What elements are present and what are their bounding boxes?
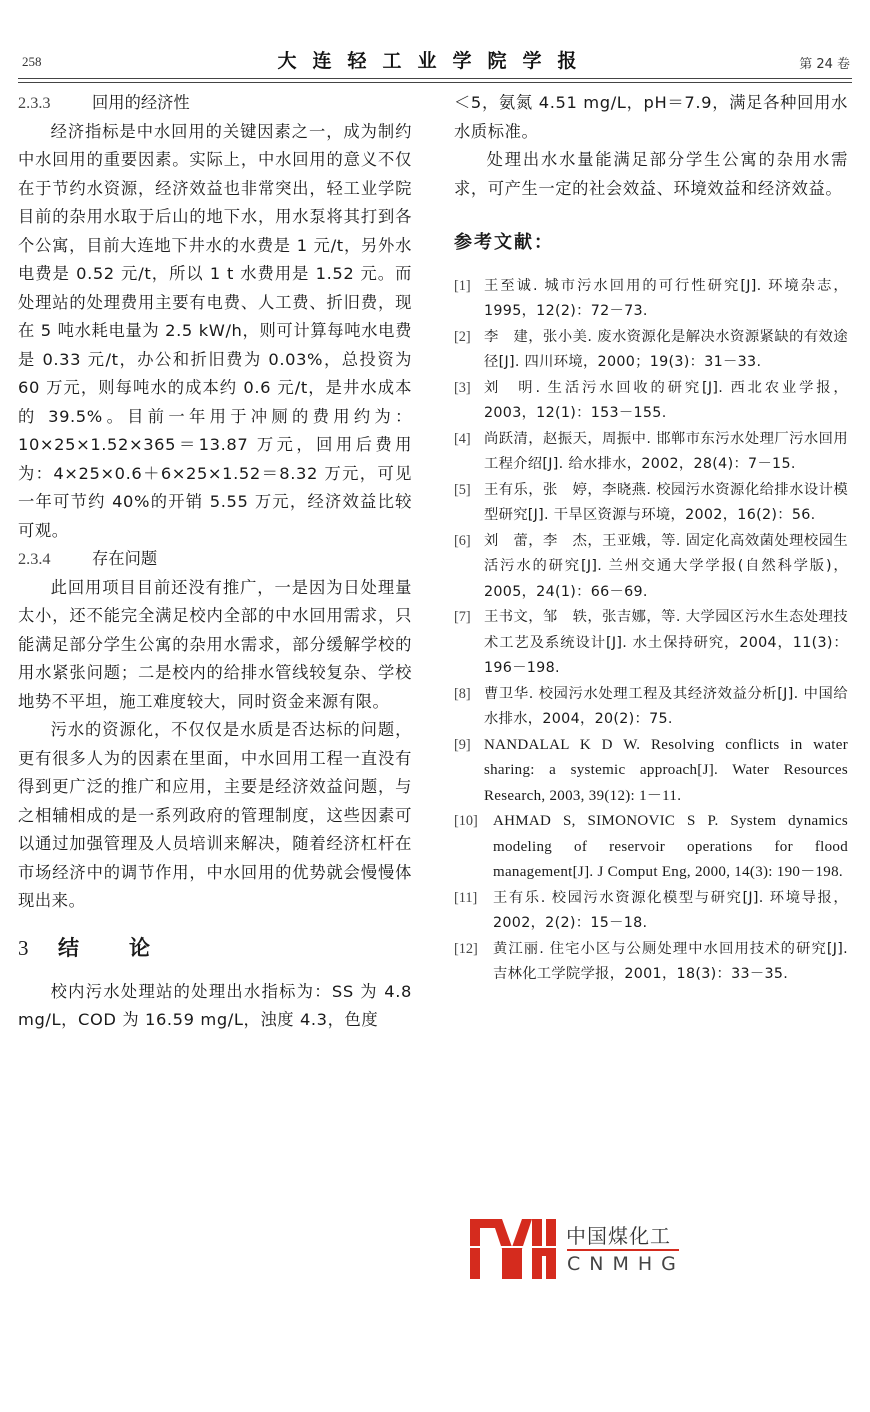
reference-number: [4] [454,427,484,478]
references-list: [1]王至诚. 城市污水回用的可行性研究[J]. 环境杂志，1995，12(2)… [454,274,848,988]
section-number: 3 [18,930,58,966]
section-number: 2.3.4 [18,545,92,574]
problems-paragraph-2: 污水的资源化，不仅仅是水质是否达标的问题，更有很多人为的因素在里面，中水回用工程… [18,716,412,916]
header-rule-bottom [18,82,852,83]
reference-text: 尚跃清，赵振天，周振中. 邯郸市东污水处理厂污水回用工程介绍[J]. 给水排水，… [484,427,848,478]
conclusion-paragraph-continued: ＜5，氨氮 4.51 mg/L，pH＝7.9，满足各种回用水水质标准。 [454,89,848,146]
journal-title: 大连轻工业学院学报 [18,46,852,73]
section-title: 存在问题 [92,549,157,568]
reference-text: AHMAD S, SIMONOVIC S P. System dynamics … [493,809,848,886]
reference-number: [12] [454,937,493,988]
reference-item: [6]刘 蕾，李 杰，王亚娥，等. 固定化高效菌处理校园生活污水的研究[J]. … [454,529,848,606]
reference-number: [11] [454,886,493,937]
reference-text: 王有乐，张 婷，李晓燕. 校园污水资源化给排水设计模型研究[J]. 干旱区资源与… [484,478,848,529]
reference-text: 刘 蕾，李 杰，王亚娥，等. 固定化高效菌处理校园生活污水的研究[J]. 兰州交… [484,529,848,606]
reference-item: [9]NANDALAL K D W. Resolving conflicts i… [454,733,848,810]
reference-number: [8] [454,682,484,733]
section-2-3-4-heading: 2.3.4存在问题 [18,545,412,574]
reference-text: 黄江丽. 住宅小区与公厕处理中水回用技术的研究[J]. 吉林化工学院学报，200… [493,937,848,988]
conclusion-paragraph-2: 处理出水水量能满足部分学生公寓的杂用水需求，可产生一定的社会效益、环境效益和经济… [454,146,848,203]
header-rule-top [18,78,852,79]
reference-number: [10] [454,809,493,886]
right-column: ＜5，氨氮 4.51 mg/L，pH＝7.9，满足各种回用水水质标准。 处理出水… [454,89,848,988]
reference-item: [10]AHMAD S, SIMONOVIC S P. System dynam… [454,809,848,886]
reference-item: [7]王书文，邹 轶，张吉娜，等. 大学园区污水生态处理技术工艺及系统设计[J]… [454,605,848,682]
problems-paragraph-1: 此回用项目目前还没有推广，一是因为日处理量太小，还不能完全满足校内全部的中水回用… [18,574,412,717]
logo-chinese-name: 中国煤化工 [566,1220,671,1249]
page-header: 258 大连轻工业学院学报 第 24 卷 [18,44,852,80]
reference-text: 曹卫华. 校园污水处理工程及其经济效益分析[J]. 中国给水排水，2004，20… [484,682,848,733]
reference-number: [9] [454,733,484,810]
reference-item: [4]尚跃清，赵振天，周振中. 邯郸市东污水处理厂污水回用工程介绍[J]. 给水… [454,427,848,478]
reference-text: 刘 明. 生活污水回收的研究[J]. 西北农业学报，2003，12(1)：153… [484,376,848,427]
reference-number: [3] [454,376,484,427]
volume-label: 第 24 卷 [799,53,850,72]
reference-item: [12]黄江丽. 住宅小区与公厕处理中水回用技术的研究[J]. 吉林化工学院学报… [454,937,848,988]
reference-number: [2] [454,325,484,376]
left-column: 2.3.3回用的经济性 经济指标是中水回用的关键因素之一，成为制约中水回用的重要… [18,89,412,1035]
logo-english-name: CNMHG [567,1253,685,1275]
section-number: 2.3.3 [18,89,92,118]
reference-text: 王书文，邹 轶，张吉娜，等. 大学园区污水生态处理技术工艺及系统设计[J]. 水… [484,605,848,682]
reference-number: [5] [454,478,484,529]
reference-text: NANDALAL K D W. Resolving conflicts in w… [484,733,848,810]
reference-item: [5]王有乐，张 婷，李晓燕. 校园污水资源化给排水设计模型研究[J]. 干旱区… [454,478,848,529]
references-heading: 参考文献： [454,229,848,258]
reference-number: [7] [454,605,484,682]
section-title: 结论 [58,936,200,960]
economics-paragraph: 经济指标是中水回用的关键因素之一，成为制约中水回用的重要因素。实际上，中水回用的… [18,118,412,546]
conclusion-paragraph: 校内污水处理站的处理出水指标为：SS 为 4.8 mg/L，COD 为 16.5… [18,978,412,1035]
reference-text: 李 建，张小美. 废水资源化是解决水资源紧缺的有效途径[J]. 四川环境，200… [484,325,848,376]
section-2-3-3-heading: 2.3.3回用的经济性 [18,89,412,118]
reference-text: 王有乐. 校园污水资源化模型与研究[J]. 环境导报，2002，2(2)：15－… [493,886,848,937]
reference-item: [11]王有乐. 校园污水资源化模型与研究[J]. 环境导报，2002，2(2)… [454,886,848,937]
reference-item: [3]刘 明. 生活污水回收的研究[J]. 西北农业学报，2003，12(1)：… [454,376,848,427]
section-3-heading: 3结论 [18,930,412,966]
mh-logo-icon [470,1219,556,1279]
reference-number: [6] [454,529,484,606]
reference-number: [1] [454,274,484,325]
reference-item: [8]曹卫华. 校园污水处理工程及其经济效益分析[J]. 中国给水排水，2004… [454,682,848,733]
reference-item: [1]王至诚. 城市污水回用的可行性研究[J]. 环境杂志，1995，12(2)… [454,274,848,325]
section-title: 回用的经济性 [92,93,190,112]
logo-divider [567,1249,679,1251]
watermark-logo: 中国煤化工 CNMHG [470,1219,680,1285]
reference-text: 王至诚. 城市污水回用的可行性研究[J]. 环境杂志，1995，12(2)：72… [484,274,848,325]
reference-item: [2]李 建，张小美. 废水资源化是解决水资源紧缺的有效途径[J]. 四川环境，… [454,325,848,376]
